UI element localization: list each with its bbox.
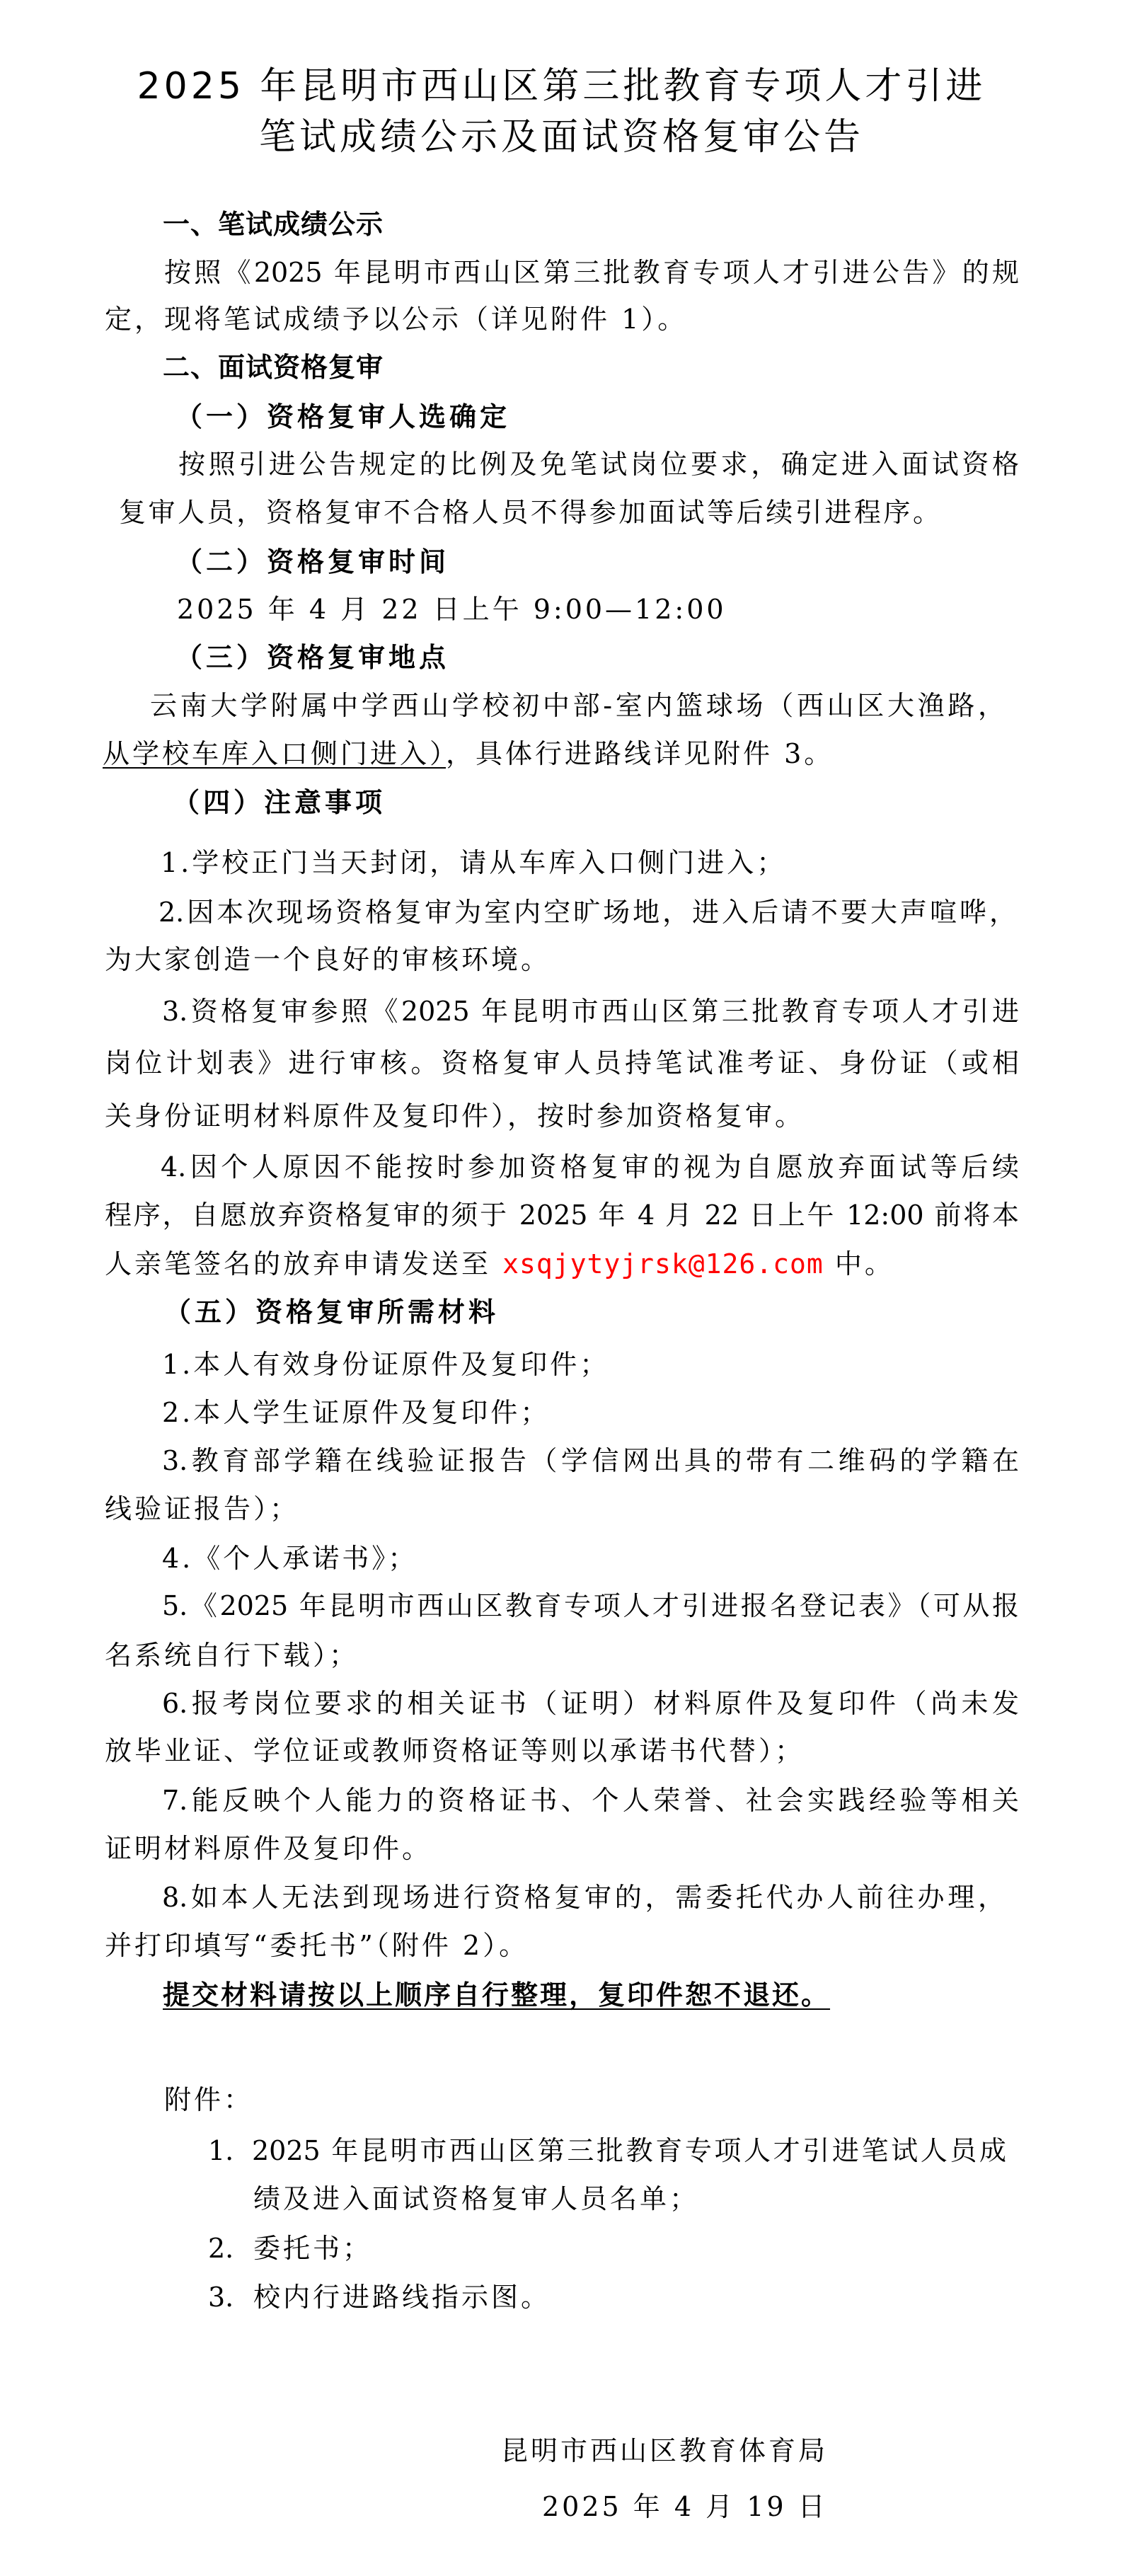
note-item-2: 2.因本次现场资格复审为室内空旷场地，进入后请不要大声喧哗， bbox=[159, 899, 1016, 930]
materials-submission-note: 提交材料请按以上顺序自行整理，复印件恕不退还。 bbox=[163, 1982, 830, 2013]
entrance-instruction: 从学校车库入口侧门进入） bbox=[103, 738, 446, 769]
issue-date: 2025 年 4 月 19 日 bbox=[542, 2493, 828, 2524]
section-heading-written-exam: 一、笔试成绩公示 bbox=[163, 211, 384, 242]
paragraph-line: 定，现将笔试成绩予以公示（详见附件 1）。 bbox=[105, 306, 687, 337]
paragraph-line: 按照《2025 年昆明市西山区第三批教育专项人才引进公告》的规 bbox=[164, 259, 1019, 290]
note-item-4: 4.因个人原因不能按时参加资格复审的视为自愿放弃面试等后续 bbox=[161, 1154, 1019, 1185]
email-lead-text: 人亲笔签名的放弃申请发送至 bbox=[105, 1248, 491, 1280]
material-item-5-cont: 名系统自行下载）； bbox=[105, 1642, 359, 1673]
subheading-review-time: （二）资格复审时间 bbox=[175, 548, 449, 580]
material-item-1: 1.本人有效身份证原件及复印件； bbox=[162, 1351, 609, 1382]
note-item-4-cont: 程序，自愿放弃资格复审的须于 2025 年 4 月 22 日上午 12:00 前… bbox=[105, 1202, 1019, 1233]
material-item-7-cont: 证明材料原件及复印件。 bbox=[105, 1835, 432, 1866]
note-item-1: 1.学校正门当天封闭，请从车库入口侧门进入； bbox=[161, 849, 786, 880]
material-item-4: 4.《个人承诺书》； bbox=[162, 1545, 417, 1576]
attachment-number: 2. bbox=[208, 2235, 234, 2266]
note-item-3-cont: 关身份证明材料原件及复印件），按时参加资格复审。 bbox=[105, 1103, 805, 1134]
email-trail-text: 中。 bbox=[835, 1248, 894, 1280]
material-item-3: 3.教育部学籍在线验证报告（学信网出具的带有二维码的学籍在 bbox=[162, 1447, 1019, 1478]
attachment-item-1-cont[interactable]: 绩及进入面试资格复审人员名单； bbox=[253, 2185, 699, 2216]
note-item-4-email-line: 人亲笔签名的放弃申请发送至 xsqjytyjrsk@126.com 中。 bbox=[105, 1250, 894, 1282]
location-line: 云南大学附属中学西山学校初中部-室内篮球场（西山区大渔路， bbox=[150, 692, 1005, 723]
document-title-line-2: 笔试成绩公示及面试资格复审公告 bbox=[0, 119, 1123, 159]
material-item-6-cont: 放毕业证、学位证或教师资格证等则以承诺书代替）； bbox=[105, 1737, 805, 1769]
attachment-number: 1. bbox=[208, 2137, 234, 2168]
attachments-label: 附件： bbox=[164, 2086, 253, 2117]
note-item-2-cont: 为大家创造一个良好的审核环境。 bbox=[105, 946, 551, 977]
attachment-item-1[interactable]: 2025 年昆明市西山区第三批教育专项人才引进笔试人员成 bbox=[252, 2137, 1006, 2168]
review-time-value: 2025 年 4 月 22 日上午 9:00—12:00 bbox=[177, 596, 727, 627]
note-item-3: 3.资格复审参照《2025 年昆明市西山区第三批教育专项人才引进 bbox=[162, 998, 1019, 1029]
note-item-3-cont: 岗位计划表》进行审核。资格复审人员持笔试准考证、身份证（或相 bbox=[105, 1050, 1019, 1081]
material-item-6: 6.报考岗位要求的相关证书（证明）材料原件及复印件（尚未发 bbox=[162, 1690, 1019, 1721]
material-item-8-cont: 并打印填写“委托书”（附件 2）。 bbox=[105, 1932, 529, 1963]
material-item-3-cont: 线验证报告）； bbox=[105, 1495, 299, 1526]
attachment-number: 3. bbox=[208, 2284, 234, 2315]
material-item-5: 5.《2025 年昆明市西山区教育专项人才引进报名登记表》（可从报 bbox=[162, 1592, 1019, 1623]
paragraph-line: 复审人员，资格复审不合格人员不得参加面试等后续引进程序。 bbox=[119, 499, 940, 530]
subheading-review-location: （三）资格复审地点 bbox=[175, 644, 449, 675]
subheading-notes: （四）注意事项 bbox=[173, 789, 386, 820]
material-item-8: 8.如本人无法到现场进行资格复审的，需委托代办人前往办理， bbox=[162, 1884, 1005, 1915]
contact-email-link[interactable]: xsqjytyjrsk@126.com bbox=[502, 1248, 824, 1280]
paragraph-line: 按照引进公告规定的比例及免笔试岗位要求，确定进入面试资格 bbox=[178, 451, 1019, 482]
material-item-7: 7.能反映个人能力的资格证书、个人荣誉、社会实践经验等相关 bbox=[162, 1787, 1019, 1818]
material-item-2: 2.本人学生证原件及复印件； bbox=[162, 1399, 550, 1430]
location-line-2: 从学校车库入口侧门进入），具体行进路线详见附件 3。 bbox=[103, 740, 834, 771]
attachment-item-2[interactable]: 委托书； bbox=[253, 2235, 372, 2266]
issuing-organization: 昆明市西山区教育体育局 bbox=[501, 2437, 828, 2468]
document-title-line-1: 2025 年昆明市西山区第三批教育专项人才引进 bbox=[0, 68, 1123, 108]
section-heading-interview-review: 二、面试资格复审 bbox=[163, 354, 384, 385]
route-reference: ，具体行进路线详见附件 3。 bbox=[446, 738, 834, 769]
subheading-required-materials: （五）资格复审所需材料 bbox=[164, 1299, 499, 1330]
attachment-item-3[interactable]: 校内行进路线指示图。 bbox=[253, 2284, 551, 2315]
subheading-candidate-selection: （一）资格复审人选确定 bbox=[175, 403, 510, 435]
